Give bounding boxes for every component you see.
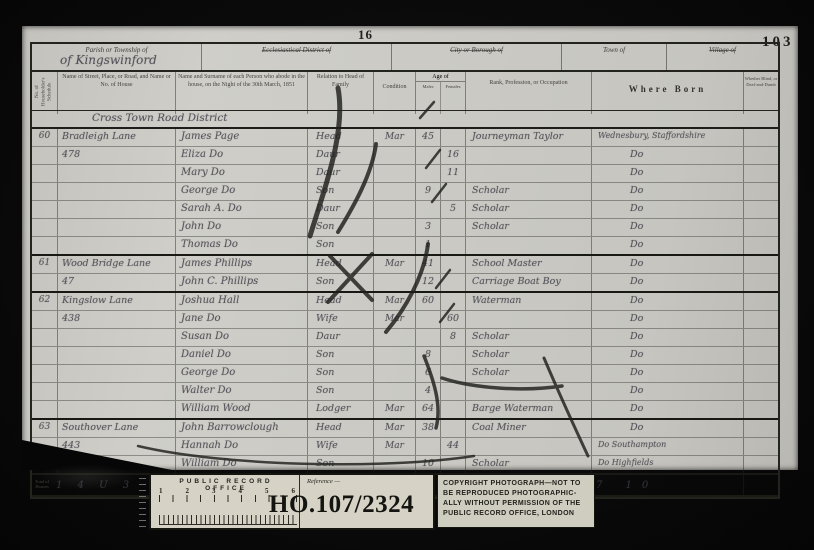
cell-name: Mary Do — [176, 165, 308, 182]
cell-condition: Mar — [374, 293, 416, 310]
cell-street — [58, 383, 176, 400]
rows: 60 Bradleigh Lane James Page Head Mar 45… — [32, 129, 778, 475]
cell-condition — [374, 329, 416, 346]
microfilm-frame: 16 103 Parish or Township of of Kingswin… — [0, 0, 814, 550]
cell-occupation: Scholar — [466, 201, 592, 218]
cell-blind-deaf — [744, 347, 778, 364]
reference-label: Reference — — [307, 478, 340, 485]
cell-schedule — [32, 201, 58, 218]
col-street-header: Name of Street, Place, or Road, and Name… — [58, 72, 176, 114]
cell-schedule — [32, 147, 58, 164]
cell-street: Southover Lane — [58, 420, 176, 437]
copyright-stamp: COPYRIGHT PHOTOGRAPH—NOT TO BE REPRODUCE… — [437, 474, 595, 528]
cell-schedule: 63 — [32, 420, 58, 437]
cell-schedule: 62 — [32, 293, 58, 310]
film-edge-ticks — [139, 477, 146, 527]
cell-relation: Head — [308, 420, 374, 437]
cell-name: Eliza Do — [176, 147, 308, 164]
cell-occupation: Scholar — [466, 365, 592, 382]
cell-age-female — [441, 274, 466, 291]
cell-occupation — [466, 165, 592, 182]
cell-schedule — [32, 329, 58, 346]
census-form: Parish or Township of of Kingswinford Ec… — [30, 42, 780, 499]
cell-blind-deaf — [744, 401, 778, 418]
cell-occupation — [466, 311, 592, 328]
cell-condition — [374, 183, 416, 200]
cell-where-born: Do — [592, 201, 744, 218]
cell-age-female: 44 — [441, 438, 466, 455]
census-row: George Do Son 9 Scholar Do — [32, 183, 778, 201]
cell-name: Hannah Do — [176, 438, 308, 455]
cell-relation: Daur — [308, 201, 374, 218]
cell-schedule — [32, 237, 58, 254]
cell-age-male: 4 — [416, 383, 441, 400]
totals-blind-cell — [744, 475, 778, 495]
col-rank-header: Rank, Profession, or Occupation — [466, 72, 592, 114]
cell-occupation: Waterman — [466, 293, 592, 310]
cell-street — [58, 365, 176, 382]
cell-relation: Daur — [308, 165, 374, 182]
cell-blind-deaf — [744, 329, 778, 346]
cell-name: Thomas Do — [176, 237, 308, 254]
col-condition-header: Condition — [374, 72, 416, 114]
cell-where-born: Do — [592, 365, 744, 382]
cell-where-born: Do — [592, 237, 744, 254]
cell-name: John C. Phillips — [176, 274, 308, 291]
cell-age-female: 8 — [441, 329, 466, 346]
cell-street: Wood Bridge Lane — [58, 256, 176, 273]
form-header-band: Parish or Township of of Kingswinford Ec… — [32, 44, 778, 72]
cell-street — [58, 201, 176, 218]
cell-schedule: 60 — [32, 129, 58, 146]
cell-relation: Daur — [308, 147, 374, 164]
census-row: Sarah A. Do Daur 5 Scholar Do — [32, 201, 778, 219]
cell-age-male: 3 — [416, 219, 441, 236]
cell-condition: Mar — [374, 401, 416, 418]
cell-schedule — [32, 183, 58, 200]
cell-age-male: 38 — [416, 420, 441, 437]
town-cell: Town of — [562, 44, 667, 70]
census-row: 47 John C. Phillips Son 12 Carriage Boat… — [32, 274, 778, 293]
cell-age-female — [441, 347, 466, 364]
cell-age-female — [441, 420, 466, 437]
cell-name: William Wood — [176, 401, 308, 418]
cell-occupation — [466, 383, 592, 400]
total-persons-value: 7 10 — [592, 477, 658, 491]
age-of-label: Age of — [416, 72, 465, 82]
district-heading-handwritten: Cross Town Road District — [92, 112, 228, 124]
cell-blind-deaf — [744, 293, 778, 310]
cell-age-male: 41 — [416, 256, 441, 273]
cell-street — [58, 329, 176, 346]
cell-blind-deaf — [744, 365, 778, 382]
age-females-label: Females — [441, 82, 465, 114]
cell-relation: Daur — [308, 329, 374, 346]
census-row: William Wood Lodger Mar 64 Barge Waterma… — [32, 401, 778, 420]
village-cell: Village of — [667, 44, 778, 70]
cell-age-male — [416, 329, 441, 346]
census-row: George Do Son 6 Scholar Do — [32, 365, 778, 383]
census-row: Thomas Do Son 1 Do — [32, 237, 778, 256]
cell-where-born: Do Highfields — [592, 456, 744, 473]
cell-name: Daniel Do — [176, 347, 308, 364]
cell-schedule — [32, 219, 58, 236]
cell-relation: Wife — [308, 438, 374, 455]
cell-age-male: 9 — [416, 183, 441, 200]
census-row: John Do Son 3 Scholar Do — [32, 219, 778, 237]
col-born-header: Where Born — [592, 72, 744, 114]
cell-occupation: Scholar — [466, 183, 592, 200]
parish-cell: Parish or Township of of Kingswinford — [32, 44, 202, 70]
cell-where-born: Do — [592, 274, 744, 291]
total-persons-value-cell: 7 10 — [592, 475, 744, 495]
cell-street — [58, 219, 176, 236]
cell-condition: Mar — [374, 129, 416, 146]
cell-age-male: 45 — [416, 129, 441, 146]
village-label: Village of — [667, 44, 778, 54]
cell-street — [58, 347, 176, 364]
cell-occupation: Scholar — [466, 456, 592, 473]
cell-relation: Son — [308, 237, 374, 254]
cell-name: George Do — [176, 183, 308, 200]
cell-age-female — [441, 219, 466, 236]
cell-where-born: Do — [592, 147, 744, 164]
cell-name: Walter Do — [176, 383, 308, 400]
parish-handwritten-value: of Kingswinford — [60, 53, 157, 67]
cell-blind-deaf — [744, 438, 778, 455]
cell-age-male — [416, 311, 441, 328]
cell-street — [58, 401, 176, 418]
cell-occupation — [466, 147, 592, 164]
cell-schedule — [32, 401, 58, 418]
cell-blind-deaf — [744, 129, 778, 146]
film-smudge — [36, 464, 136, 490]
district-cell: Ecclesiastical District of — [202, 44, 392, 70]
cell-where-born: Wednesbury, Staffordshire — [592, 129, 744, 146]
census-row: Daniel Do Son 8 Scholar Do — [32, 347, 778, 365]
city-cell: City or Borough of — [392, 44, 562, 70]
col-schedule-header: No. of Householder's Schedule — [32, 72, 58, 114]
cell-relation: Lodger — [308, 401, 374, 418]
cell-street — [58, 165, 176, 182]
cell-relation: Son — [308, 183, 374, 200]
cell-age-male — [416, 201, 441, 218]
cell-street — [58, 183, 176, 200]
cell-age-female — [441, 256, 466, 273]
cell-street: Bradleigh Lane — [58, 129, 176, 146]
cell-name: William Do — [176, 456, 308, 473]
cell-where-born: Do — [592, 219, 744, 236]
cell-where-born: Do — [592, 401, 744, 418]
cell-name: John Do — [176, 219, 308, 236]
cell-relation: Son — [308, 347, 374, 364]
cell-age-female — [441, 383, 466, 400]
census-row: 61 Wood Bridge Lane James Phillips Head … — [32, 256, 778, 274]
cell-name: James Phillips — [176, 256, 308, 273]
cell-relation: Son — [308, 383, 374, 400]
cell-age-female — [441, 237, 466, 254]
cell-age-male — [416, 147, 441, 164]
cell-blind-deaf — [744, 274, 778, 291]
cell-age-female — [441, 293, 466, 310]
cell-blind-deaf — [744, 256, 778, 273]
cell-age-male: 10 — [416, 456, 441, 473]
district-heading-row: Cross Town Road District — [32, 111, 778, 129]
cell-condition — [374, 365, 416, 382]
cell-condition — [374, 201, 416, 218]
col-relation-header: Relation to Head of Family — [308, 72, 374, 114]
cell-condition — [374, 347, 416, 364]
cell-where-born: Do — [592, 183, 744, 200]
cell-blind-deaf — [744, 237, 778, 254]
col-name-header: Name and Surname of each Person who abod… — [176, 72, 308, 114]
cell-occupation — [466, 237, 592, 254]
city-label: City or Borough of — [392, 44, 561, 54]
census-row: 443 Hannah Do Wife Mar 44 Do Southampton — [32, 438, 778, 456]
cell-age-male: 64 — [416, 401, 441, 418]
cell-relation: Head — [308, 293, 374, 310]
col-age-header: Age of Males Females — [416, 72, 466, 114]
census-row: 478 Eliza Do Daur 16 Do — [32, 147, 778, 165]
cell-where-born: Do — [592, 165, 744, 182]
cell-condition — [374, 219, 416, 236]
census-row: 438 Jane Do Wife Mar 60 Do — [32, 311, 778, 329]
cell-age-male: 8 — [416, 347, 441, 364]
cell-occupation: Journeyman Taylor — [466, 129, 592, 146]
cell-where-born: Do — [592, 329, 744, 346]
cell-age-male: 12 — [416, 274, 441, 291]
cell-where-born: Do Southampton — [592, 438, 744, 455]
cell-blind-deaf — [744, 456, 778, 473]
cell-relation: Wife — [308, 311, 374, 328]
cell-where-born: Do — [592, 256, 744, 273]
col-blind-header: Whether Blind, or Deaf-and-Dumb — [744, 72, 778, 114]
cell-relation: Son — [308, 219, 374, 236]
cell-name: Sarah A. Do — [176, 201, 308, 218]
cell-condition — [374, 147, 416, 164]
cell-blind-deaf — [744, 219, 778, 236]
cell-street: 478 — [58, 147, 176, 164]
cell-occupation — [466, 438, 592, 455]
cell-condition: Mar — [374, 256, 416, 273]
cell-age-female — [441, 365, 466, 382]
cell-age-male — [416, 165, 441, 182]
town-label: Town of — [562, 44, 666, 54]
cell-blind-deaf — [744, 147, 778, 164]
district-label: Ecclesiastical District of — [202, 44, 391, 54]
cell-name: James Page — [176, 129, 308, 146]
cell-blind-deaf — [744, 165, 778, 182]
cell-where-born: Do — [592, 383, 744, 400]
census-row: 63 Southover Lane John Barrowclough Head… — [32, 420, 778, 438]
cell-schedule — [32, 165, 58, 182]
public-record-office-strip: PUBLIC RECORD OFFICE 1 2 3 4 5 6 Referen… — [149, 473, 435, 530]
cell-name: Susan Do — [176, 329, 308, 346]
cell-occupation: Coal Miner — [466, 420, 592, 437]
cell-schedule — [32, 347, 58, 364]
cell-age-male — [416, 438, 441, 455]
cell-where-born: Do — [592, 311, 744, 328]
cell-age-male: 6 — [416, 365, 441, 382]
cell-blind-deaf — [744, 311, 778, 328]
cell-occupation: Scholar — [466, 329, 592, 346]
cell-age-female: 5 — [441, 201, 466, 218]
cell-condition — [374, 383, 416, 400]
cell-condition — [374, 237, 416, 254]
cell-schedule: 61 — [32, 256, 58, 273]
cell-schedule — [32, 274, 58, 291]
cell-age-male: 1 — [416, 237, 441, 254]
cell-relation: Son — [308, 365, 374, 382]
cell-occupation: School Master — [466, 256, 592, 273]
cell-relation: Head — [308, 256, 374, 273]
census-page-scan: 16 103 Parish or Township of of Kingswin… — [22, 26, 798, 470]
census-row: 60 Bradleigh Lane James Page Head Mar 45… — [32, 129, 778, 147]
cell-relation: Head — [308, 129, 374, 146]
cell-street: 47 — [58, 274, 176, 291]
cell-street — [58, 237, 176, 254]
cell-name: George Do — [176, 365, 308, 382]
cell-blind-deaf — [744, 201, 778, 218]
cell-condition: Mar — [374, 311, 416, 328]
census-row: Walter Do Son 4 Do — [32, 383, 778, 401]
cell-condition: Mar — [374, 420, 416, 437]
census-row: Susan Do Daur 8 Scholar Do — [32, 329, 778, 347]
cell-age-female — [441, 401, 466, 418]
cell-name: John Barrowclough — [176, 420, 308, 437]
cell-age-female — [441, 456, 466, 473]
cell-age-male: 60 — [416, 293, 441, 310]
cell-occupation: Scholar — [466, 347, 592, 364]
cell-age-female: 16 — [441, 147, 466, 164]
cell-relation: Son — [308, 274, 374, 291]
cell-relation: Son — [308, 456, 374, 473]
cell-occupation: Scholar — [466, 219, 592, 236]
cell-age-female: 11 — [441, 165, 466, 182]
cell-age-female — [441, 129, 466, 146]
cell-condition — [374, 274, 416, 291]
cell-blind-deaf — [744, 183, 778, 200]
cell-condition: Mar — [374, 438, 416, 455]
column-headers: No. of Householder's Schedule Name of St… — [32, 72, 778, 111]
cell-blind-deaf — [744, 383, 778, 400]
cell-where-born: Do — [592, 293, 744, 310]
cell-schedule — [32, 365, 58, 382]
cell-where-born: Do — [592, 420, 744, 437]
cell-condition — [374, 456, 416, 473]
age-males-label: Males — [416, 82, 441, 114]
cell-street: Kingslow Lane — [58, 293, 176, 310]
cell-schedule — [32, 383, 58, 400]
census-row: Mary Do Daur 11 Do — [32, 165, 778, 183]
cell-name: Jane Do — [176, 311, 308, 328]
reference-number: HO.107/2324 — [269, 491, 414, 519]
cell-name: Joshua Hall — [176, 293, 308, 310]
page-number-top: 16 — [358, 27, 373, 43]
cell-blind-deaf — [744, 420, 778, 437]
cell-schedule — [32, 311, 58, 328]
census-row: 62 Kingslow Lane Joshua Hall Head Mar 60… — [32, 293, 778, 311]
cell-age-female: 60 — [441, 311, 466, 328]
cell-street: 438 — [58, 311, 176, 328]
cell-occupation: Barge Waterman — [466, 401, 592, 418]
cell-occupation: Carriage Boat Boy — [466, 274, 592, 291]
cell-condition — [374, 165, 416, 182]
cell-where-born: Do — [592, 347, 744, 364]
cell-age-female — [441, 183, 466, 200]
